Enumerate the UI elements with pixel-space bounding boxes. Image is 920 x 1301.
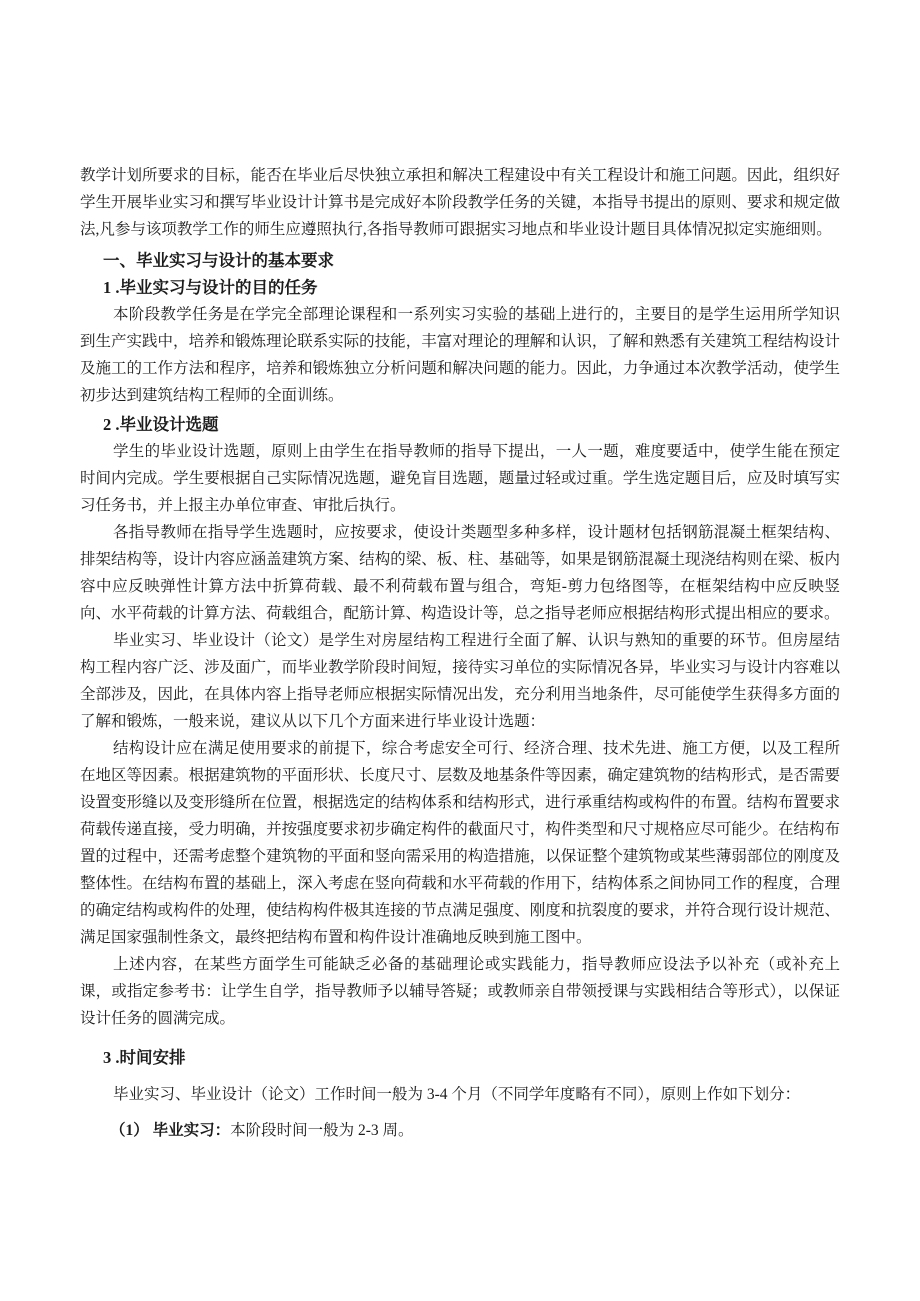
paragraph-topic-variety-requirements: 各指导教师在指导学生选题时，应按要求，使设计类题型多种多样，设计题材包括钢筋混凝… (80, 519, 840, 627)
document-page: 教学计划所要求的目标，能否在毕业后尽快独立承担和解决工程建设中有关工程设计和施工… (0, 0, 920, 1301)
list-item-practice-text: 本阶段时间一般为 2-3 周。 (230, 1122, 413, 1139)
paragraph-supplementary-teaching: 上述内容，在某些方面学生可能缺乏必备的基础理论或实践能力，指导教师应设法予以补充… (80, 951, 840, 1032)
list-item-practice-duration: （1） 毕业实习：本阶段时间一般为 2-3 周。 (80, 1117, 840, 1144)
paragraph-time-overview: 毕业实习、毕业设计（论文）工作时间一般为 3-4 个月（不同学年度略有不同），原… (80, 1081, 840, 1108)
paragraph-topic-selection-principle: 学生的毕业设计选题，原则上由学生在指导教师的指导下提出，一人一题，难度要适中，使… (80, 438, 840, 519)
paragraph-practice-scope-overview: 毕业实习、毕业设计（论文）是学生对房屋结构工程进行全面了解、认识与熟知的重要的环… (80, 627, 840, 735)
paragraph-structure-design-guideline: 结构设计应在满足使用要求的前提下，综合考虑安全可行、经济合理、技术先进、施工方便… (80, 735, 840, 951)
subsection-heading-purpose-task: 1 .毕业实习与设计的目的任务 (103, 274, 840, 301)
main-heading-basic-requirements: 一、毕业实习与设计的基本要求 (103, 247, 840, 274)
subsection-heading-topic-selection: 2 .毕业设计选题 (103, 411, 840, 438)
intro-paragraph: 教学计划所要求的目标，能否在毕业后尽快独立承担和解决工程建设中有关工程设计和施工… (80, 162, 840, 243)
subsection-heading-time-arrangement: 3 .时间安排 (103, 1044, 840, 1071)
list-item-practice-label: （1） 毕业实习： (110, 1122, 230, 1139)
paragraph-purpose-task: 本阶段教学任务是在学完全部理论课程和一系列实习实验的基础上进行的，主要目的是学生… (80, 301, 840, 409)
